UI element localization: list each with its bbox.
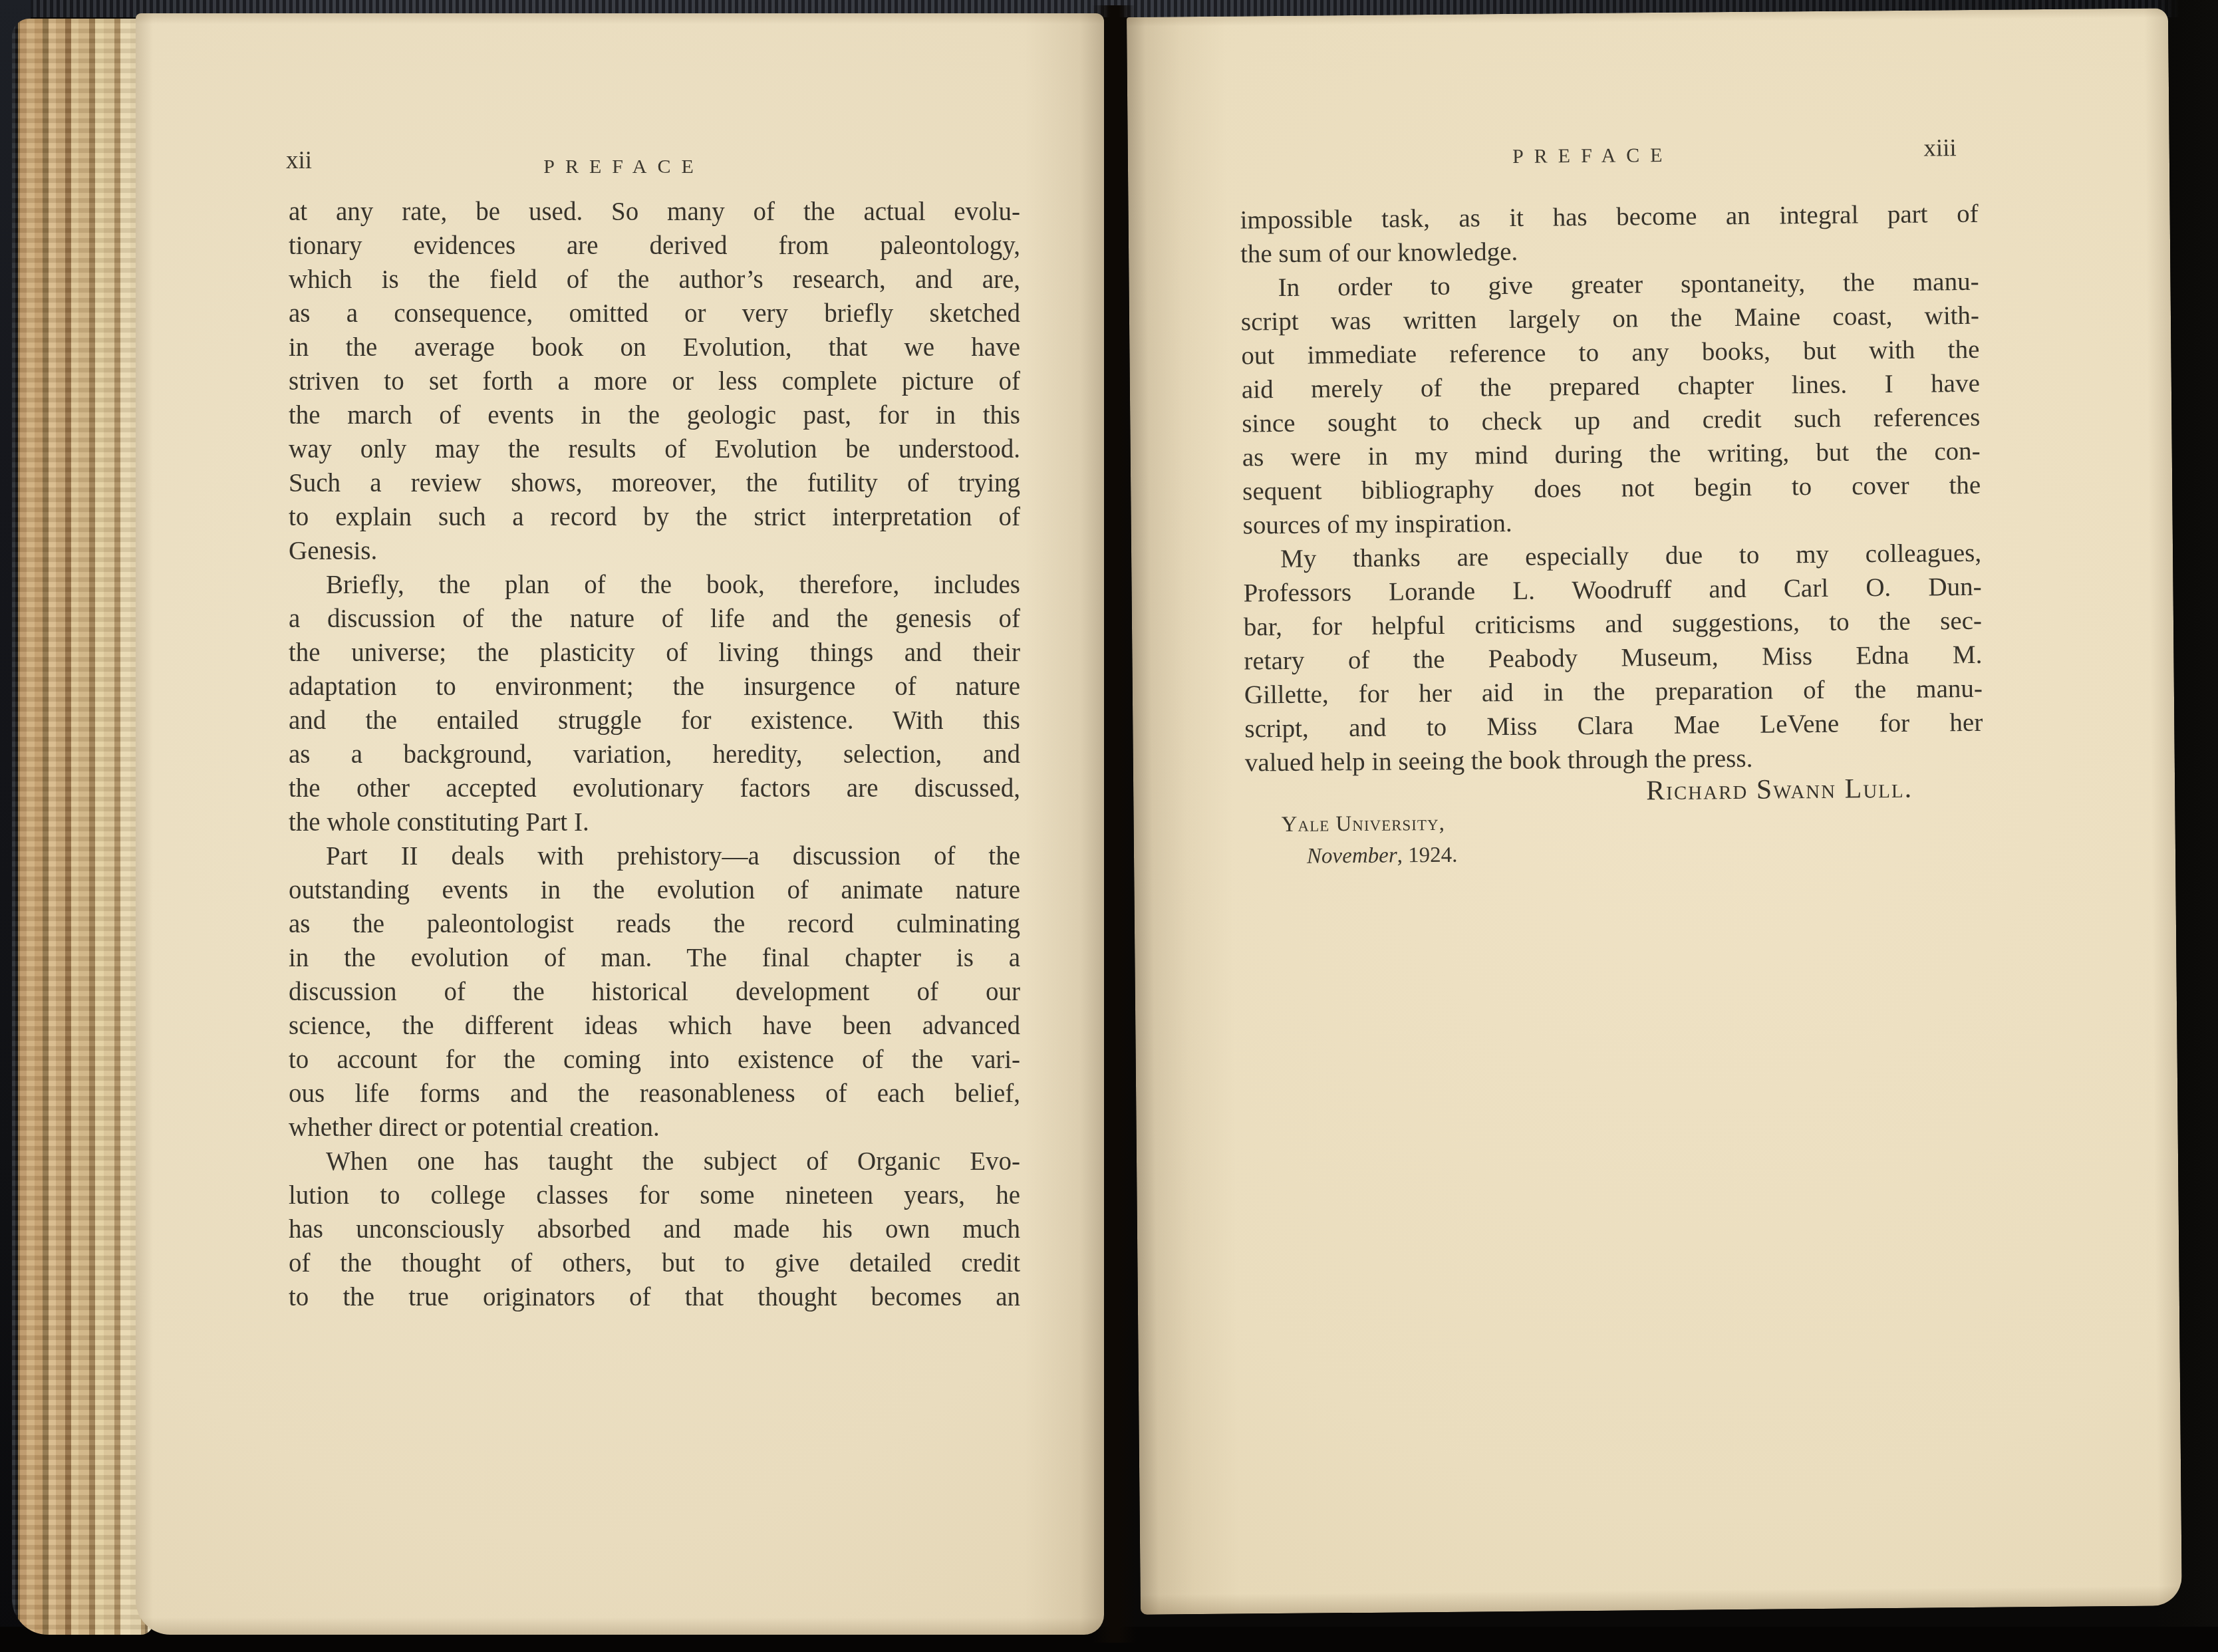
text-line: the march of events in the geologic past… (289, 398, 1020, 432)
left-body-text: at any rate, be used. So many of the act… (289, 195, 1020, 1314)
text-line: as the paleontologist reads the record c… (289, 907, 1020, 941)
paragraph: In order to give greater spontaneity, th… (1240, 265, 1981, 543)
text-line: the other accepted evolutionary factors … (289, 771, 1020, 805)
text-line: to account for the coming into existence… (289, 1043, 1020, 1077)
text-line: Such a review shows, moreover, the futil… (289, 466, 1020, 500)
text-line: sequent bibliography does not begin to c… (1242, 468, 1981, 509)
text-line: in the average book on Evolution, that w… (289, 331, 1020, 364)
paragraph: My thanks are especially due to my colle… (1243, 536, 1983, 780)
text-line: a discussion of the nature of life and t… (289, 602, 1020, 636)
text-line: lution to college classes for some ninet… (289, 1178, 1020, 1212)
text-line: whether direct or potential creation. (289, 1111, 1020, 1145)
text-line: Part II deals with prehistory—a discussi… (289, 839, 1020, 873)
stacked-page-edges (12, 19, 153, 1635)
imprint-place: Yale University, (1281, 811, 1445, 837)
imprint-date: November, 1924. (1307, 843, 1458, 869)
text-line: which is the field of the author’s resea… (289, 263, 1020, 297)
text-line: in the evolution of man. The final chapt… (289, 941, 1020, 975)
left-running-head: PREFACE (253, 156, 984, 178)
text-line: tionary evidences are derived from paleo… (289, 229, 1020, 263)
right-body-text: impossible task, as it has become an int… (1240, 197, 1983, 780)
text-line: of the thought of others, but to give de… (289, 1246, 1020, 1280)
text-line: as a consequence, omitted or very briefl… (289, 297, 1020, 331)
text-line: ous life forms and the reasonableness of… (289, 1077, 1020, 1111)
text-line: script, and to Miss Clara Mae LeVene for… (1244, 706, 1983, 746)
text-line: discussion of the historical development… (289, 975, 1020, 1009)
text-line: When one has taught the subject of Organ… (289, 1145, 1020, 1178)
text-line: Briefly, the plan of the book, therefore… (289, 568, 1020, 602)
paragraph: When one has taught the subject of Organ… (289, 1145, 1020, 1314)
text-line: at any rate, be used. So many of the act… (289, 195, 1020, 229)
text-line: and the entailed struggle for existence.… (289, 704, 1020, 738)
imprint-month: November (1307, 844, 1397, 869)
text-line: the whole constituting Part I. (289, 805, 1020, 839)
text-line: to explain such a record by the strict i… (289, 500, 1020, 534)
text-line: science, the different ideas which have … (289, 1009, 1020, 1043)
author-signature: Richard Swann Lull. (1245, 772, 1983, 811)
paragraph: Part II deals with prehistory—a discussi… (289, 839, 1020, 1145)
text-line: adaptation to environment; the insurgenc… (289, 670, 1020, 704)
paragraph: at any rate, be used. So many of the act… (289, 195, 1020, 568)
paragraph: impossible task, as it has become an int… (1240, 197, 1979, 271)
imprint-year: , 1924. (1397, 843, 1457, 868)
text-line: way only may the results of Evolution be… (289, 432, 1020, 466)
text-line: to the true originators of that thought … (289, 1280, 1020, 1314)
text-line: impossible task, as it has become an int… (1240, 197, 1978, 237)
left-page: xii PREFACE at any rate, be used. So man… (136, 13, 1104, 1635)
text-line: striven to set forth a more or less comp… (289, 364, 1020, 398)
text-line: the universe; the plasticity of living t… (289, 636, 1020, 670)
text-line: as a background, variation, heredity, se… (289, 738, 1020, 771)
text-line: Genesis. (289, 534, 1020, 568)
text-line: outstanding events in the evolution of a… (289, 873, 1020, 907)
paragraph: Briefly, the plan of the book, therefore… (289, 568, 1020, 839)
right-page: xiii PREFACE impossible task, as it has … (1127, 8, 2182, 1615)
text-line: has unconsciously absorbed and made his … (289, 1212, 1020, 1246)
book-scan: xii PREFACE at any rate, be used. So man… (0, 0, 2218, 1652)
